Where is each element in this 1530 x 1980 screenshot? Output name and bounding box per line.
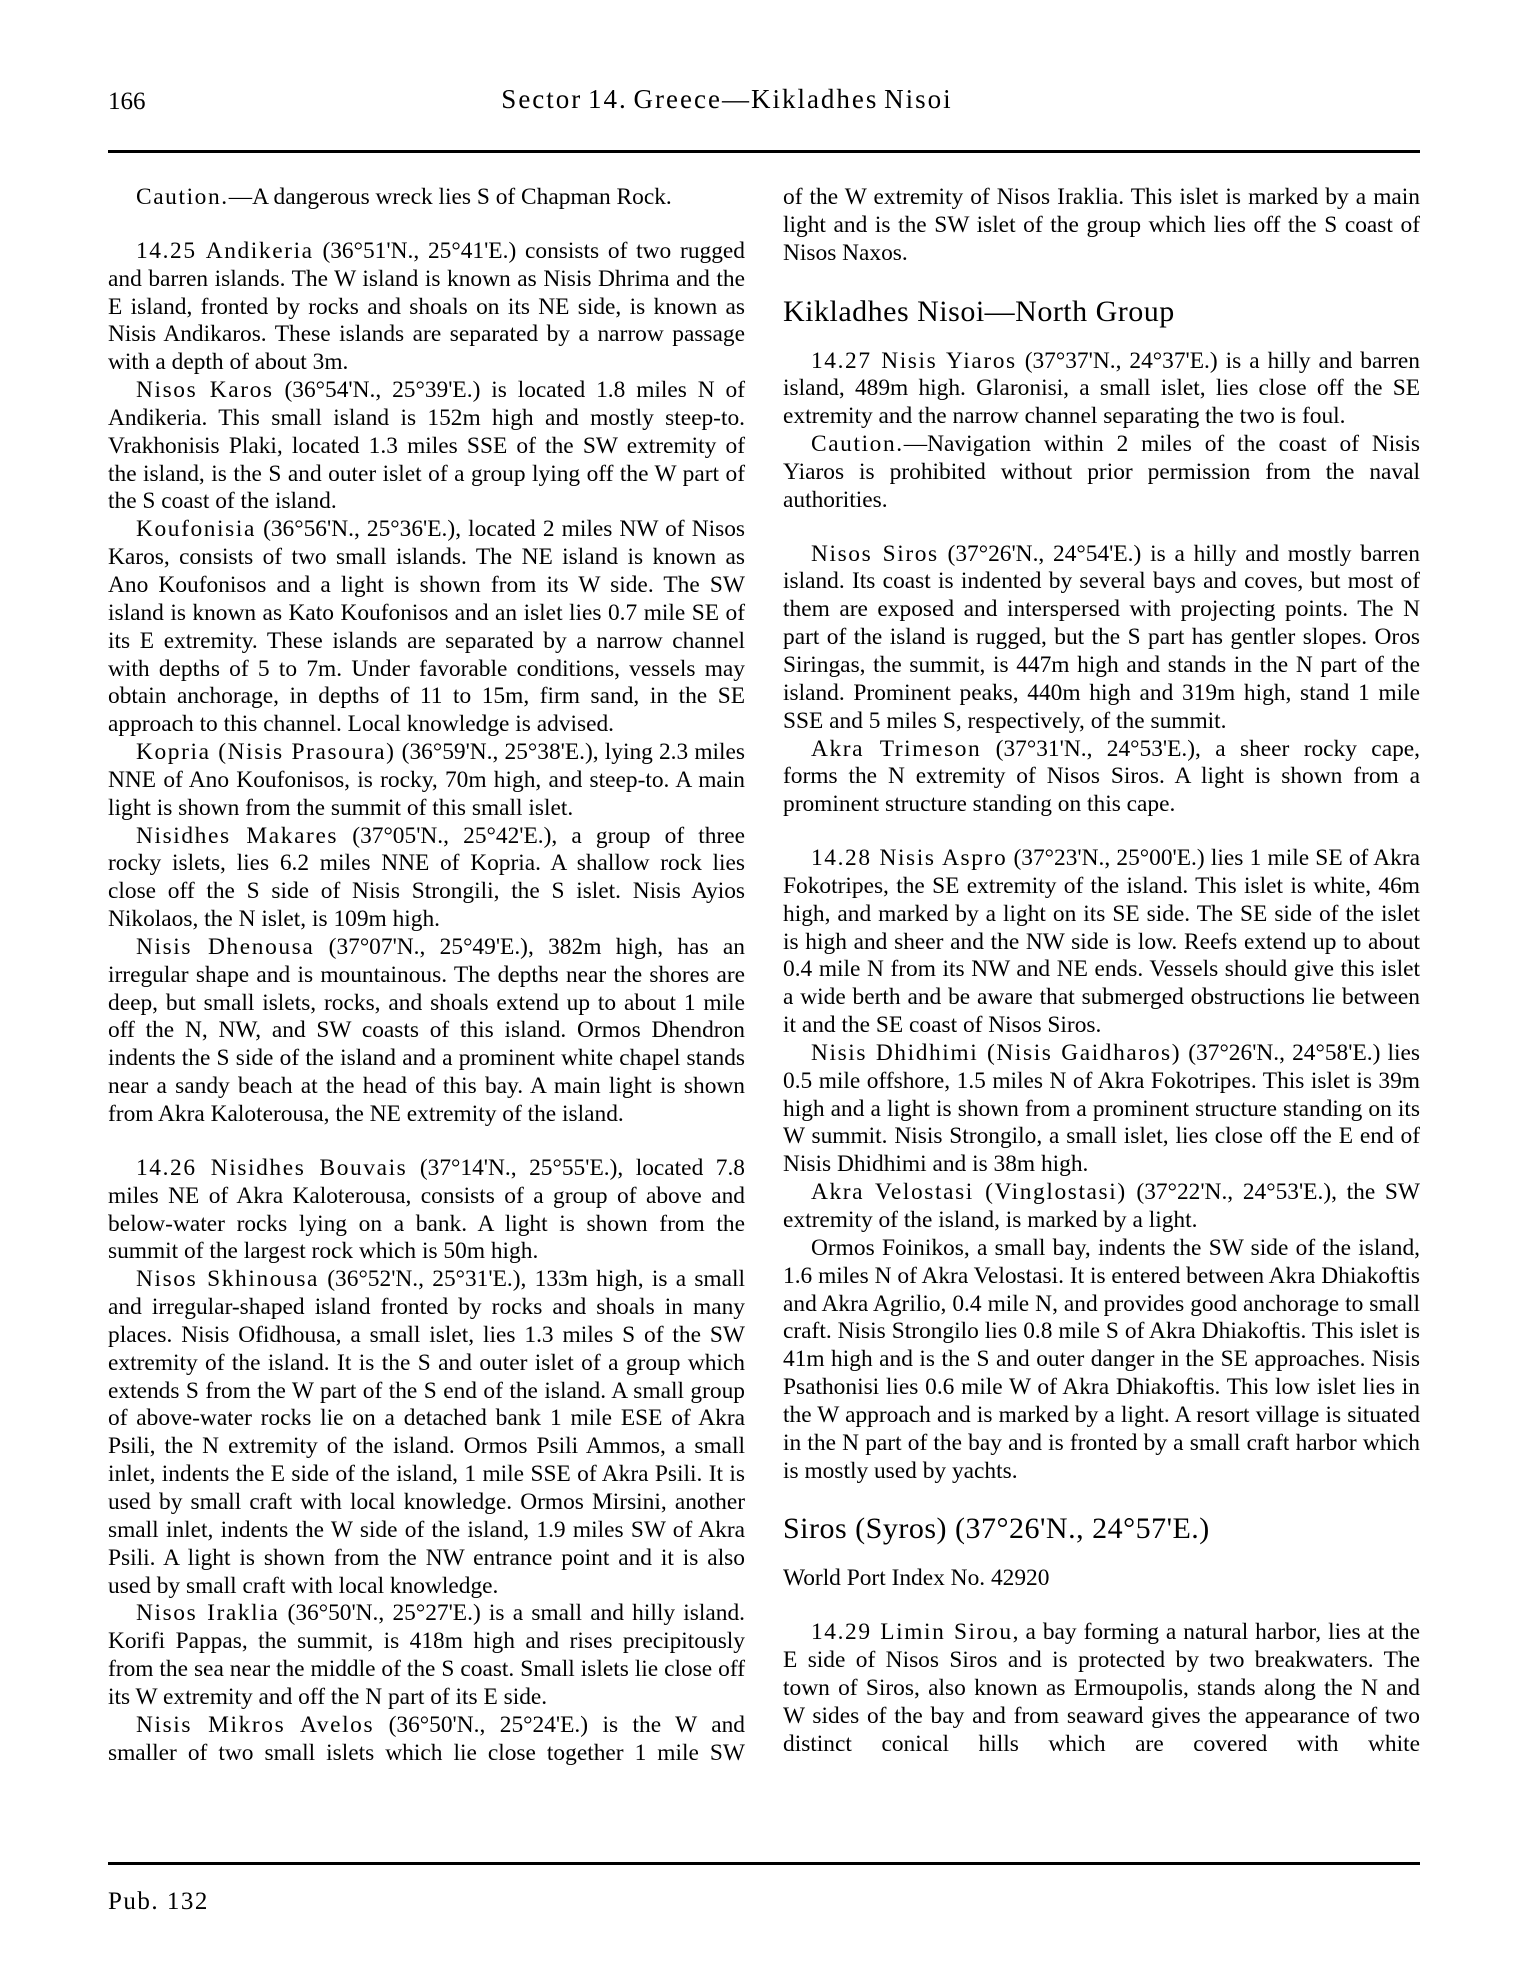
right-column: of the W extremity of Nisos Iraklia. Thi… bbox=[783, 184, 1420, 1860]
feature-name-lead: Nisis Dhenousa bbox=[136, 934, 314, 960]
paragraph: Nisis Dhidhimi (Nisis Gaidharos) (37°26'… bbox=[783, 1040, 1420, 1179]
publication-number: Pub. 132 bbox=[108, 1888, 209, 1916]
paragraph: Kopria (Nisis Prasoura) (36°59'N., 25°38… bbox=[108, 739, 745, 823]
paragraph: Nisis Mikros Avelos (36°50'N., 25°24'E.)… bbox=[108, 1712, 745, 1768]
feature-name-lead: Nisos Karos bbox=[136, 377, 274, 403]
paragraph: Nisos Iraklia (36°50'N., 25°27'E.) is a … bbox=[108, 1600, 745, 1711]
header-rule bbox=[108, 150, 1420, 153]
feature-name-lead: Akra Trimeson bbox=[811, 736, 981, 762]
feature-name-lead: Nisos Siros bbox=[811, 541, 939, 567]
running-head-title: Sector 14. Greece—Kikladhes Nisoi bbox=[0, 84, 1454, 115]
paragraph: 14.28 Nisis Aspro (37°23'N., 25°00'E.) l… bbox=[783, 845, 1420, 1040]
document-page: 166 Sector 14. Greece—Kikladhes Nisoi Ca… bbox=[0, 0, 1530, 1980]
text-columns: Caution.—A dangerous wreck lies S of Cha… bbox=[108, 184, 1420, 1860]
paragraph: 14.29 Limin Sirou, a bay forming a natur… bbox=[783, 1619, 1420, 1758]
section-heading: Kikladhes Nisoi—North Group bbox=[783, 294, 1420, 330]
left-column: Caution.—A dangerous wreck lies S of Cha… bbox=[108, 184, 745, 1860]
paragraph: Caution.—A dangerous wreck lies S of Cha… bbox=[108, 184, 745, 212]
paragraph: Nisos Skhinousa (36°52'N., 25°31'E.), 13… bbox=[108, 1266, 745, 1600]
footer-rule bbox=[108, 1862, 1420, 1865]
paragraph: World Port Index No. 42920 bbox=[783, 1565, 1420, 1593]
feature-name-lead: Caution. bbox=[811, 431, 904, 457]
paragraph: Nisis Dhenousa (37°07'N., 25°49'E.), 382… bbox=[108, 934, 745, 1129]
feature-name-lead: 14.25 Andikeria bbox=[136, 238, 314, 264]
feature-name-lead: Nisidhes Makares bbox=[136, 823, 338, 849]
feature-name-lead: Nisis Mikros Avelos bbox=[136, 1712, 374, 1738]
feature-name-lead: Nisos Iraklia bbox=[136, 1600, 279, 1626]
feature-name-lead: 14.29 Limin Sirou bbox=[811, 1619, 1013, 1645]
feature-name-lead: Akra Velostasi (Vinglostasi) bbox=[811, 1179, 1127, 1205]
section-heading: Siros (Syros) (37°26'N., 24°57'E.) bbox=[783, 1511, 1420, 1547]
feature-name-lead: 14.28 Nisis Aspro bbox=[811, 845, 1007, 871]
paragraph: Koufonisia (36°56'N., 25°36'E.), located… bbox=[108, 516, 745, 739]
paragraph: 14.27 Nisis Yiaros (37°37'N., 24°37'E.) … bbox=[783, 348, 1420, 432]
paragraph: 14.26 Nisidhes Bouvais (37°14'N., 25°55'… bbox=[108, 1155, 745, 1266]
feature-name-lead: Nisos Skhinousa bbox=[136, 1266, 319, 1292]
paragraph: Nisos Siros (37°26'N., 24°54'E.) is a hi… bbox=[783, 541, 1420, 736]
paragraph: Akra Trimeson (37°31'N., 24°53'E.), a sh… bbox=[783, 736, 1420, 820]
feature-name-lead: Nisis Dhidhimi (Nisis Gaidharos) bbox=[811, 1040, 1181, 1066]
paragraph: Nisos Karos (36°54'N., 25°39'E.) is loca… bbox=[108, 377, 745, 516]
paragraph: Ormos Foinikos, a small bay, indents the… bbox=[783, 1235, 1420, 1486]
paragraph: of the W extremity of Nisos Iraklia. Thi… bbox=[783, 184, 1420, 268]
paragraph: Akra Velostasi (Vinglostasi) (37°22'N., … bbox=[783, 1179, 1420, 1235]
feature-name-lead: 14.26 Nisidhes Bouvais bbox=[136, 1155, 407, 1181]
paragraph: 14.25 Andikeria (36°51'N., 25°41'E.) con… bbox=[108, 238, 745, 377]
feature-name-lead: Caution. bbox=[136, 184, 229, 210]
paragraph: Nisidhes Makares (37°05'N., 25°42'E.), a… bbox=[108, 823, 745, 934]
feature-name-lead: Koufonisia bbox=[136, 516, 256, 542]
paragraph: Caution.—Navigation within 2 miles of th… bbox=[783, 431, 1420, 515]
feature-name-lead: 14.27 Nisis Yiaros bbox=[811, 348, 1017, 374]
feature-name-lead: Kopria (Nisis Prasoura) bbox=[136, 739, 396, 765]
